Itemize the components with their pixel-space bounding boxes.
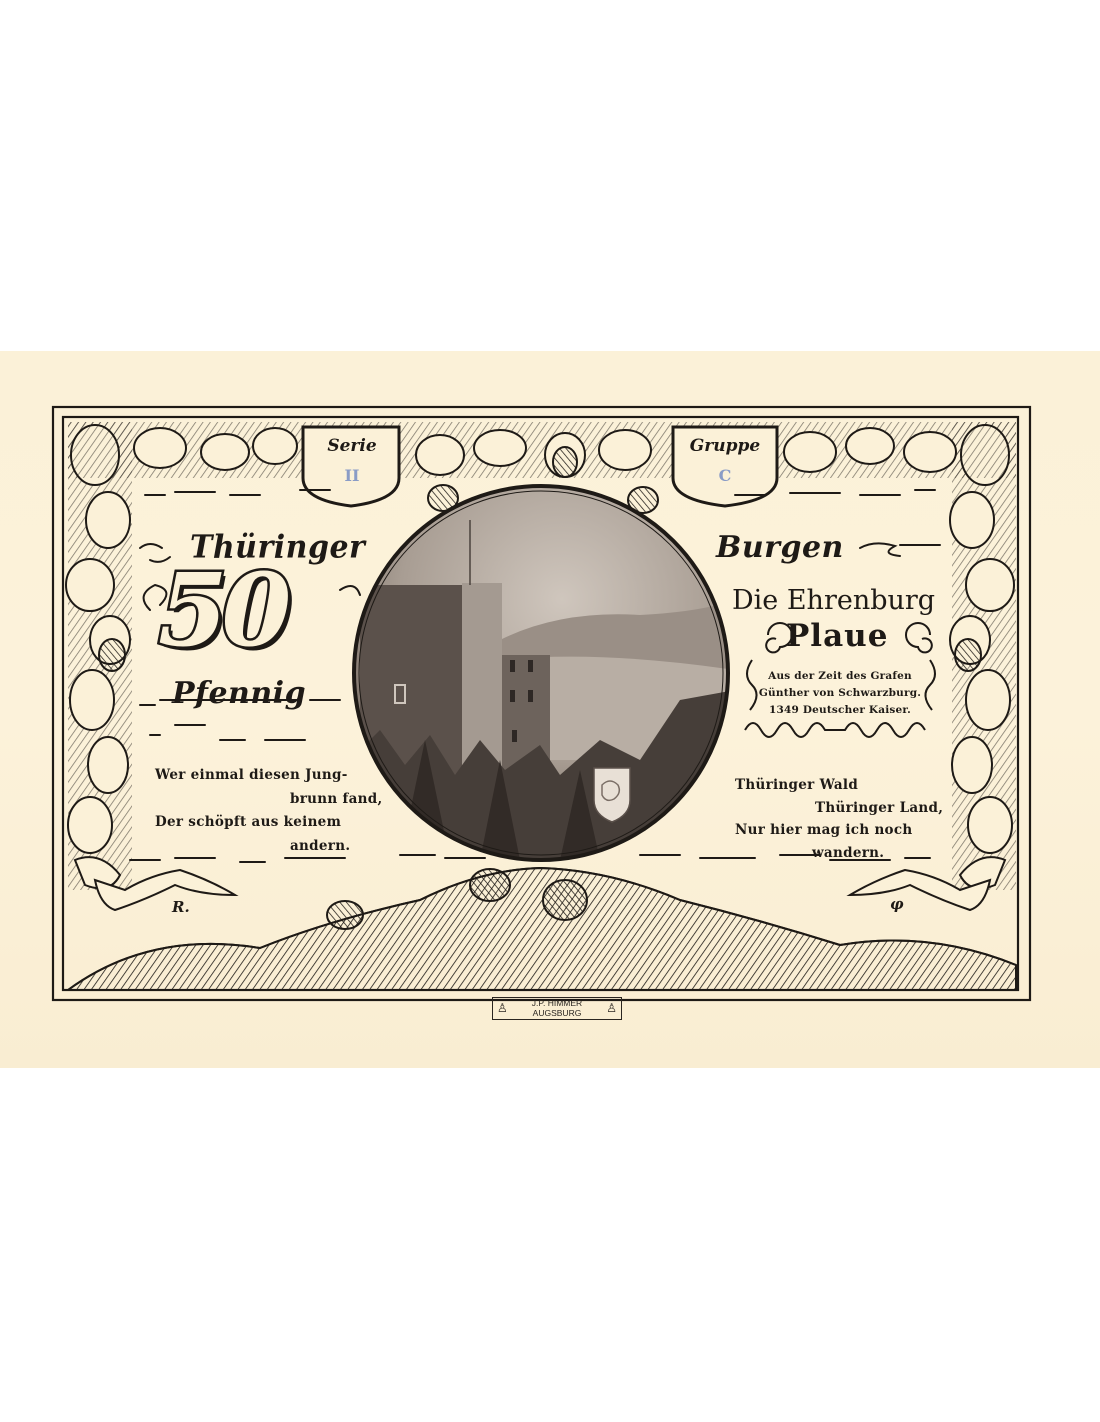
printer-imprint: ♙ J.P. HIMMER AUGSBURG ♙	[492, 997, 622, 1020]
artist-monogram-right: φ	[890, 895, 904, 913]
gruppe-label: Gruppe	[675, 436, 775, 456]
caption-line-3: 1349 Deutscher Kaiser.	[740, 704, 940, 716]
castle-name: Die Ehrenburg	[732, 585, 935, 616]
denomination-value: 50	[158, 560, 285, 660]
verse-left-line-1: Wer einmal diesen Jung-	[155, 767, 348, 783]
printing-press-icon: ♙	[606, 1001, 617, 1015]
artist-monogram-left: R.	[172, 898, 190, 916]
verse-right-line-2: Thüringer Land,	[815, 800, 943, 816]
printing-press-icon: ♙	[497, 1001, 508, 1015]
denomination-unit: Pfennig	[172, 676, 306, 711]
verse-left-line-2: brunn fand,	[290, 791, 383, 807]
verse-right-line-1: Thüringer Wald	[735, 777, 858, 793]
verse-right-line-3: Nur hier mag ich noch	[735, 822, 913, 838]
verse-right-line-4: wandern.	[812, 845, 884, 861]
caption-line-1: Aus der Zeit des Grafen	[740, 670, 940, 682]
title-right-word: Burgen	[716, 530, 844, 565]
verse-left-line-3: Der schöpft aus keinem	[155, 814, 341, 830]
verse-left-line-4: andern.	[290, 838, 350, 854]
castle-place: Plaue	[786, 618, 888, 654]
serie-label: Serie	[302, 436, 402, 456]
gruppe-value: C	[675, 466, 775, 485]
printer-city: AUGSBURG	[493, 1009, 621, 1019]
serie-value: II	[302, 466, 402, 485]
caption-line-2: Günther von Schwarzburg.	[740, 687, 940, 699]
